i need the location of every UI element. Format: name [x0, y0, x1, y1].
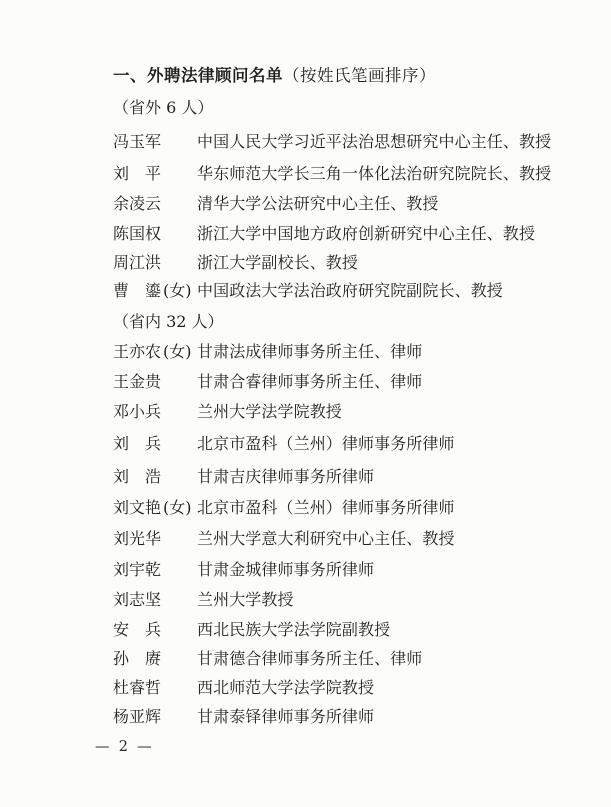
advisor-name: 杨亚辉: [113, 709, 163, 725]
advisor-name: 周江洪: [113, 255, 163, 271]
advisor-name: 余凌云: [113, 196, 163, 212]
advisor-row: 王亦农(女)甘肃法成律师事务所主任、律师: [113, 344, 422, 360]
advisor-desc: 西北民族大学法学院副教授: [197, 620, 390, 639]
advisor-row: 邓小兵兰州大学法学院教授: [113, 404, 342, 420]
advisor-name: 冯玉军: [113, 134, 163, 150]
advisor-row: 刘光华兰州大学意大利研究中心主任、教授: [113, 531, 455, 547]
advisor-row: 刘文艳(女)北京市盈科（兰州）律师事务所律师: [113, 500, 455, 516]
advisor-name: 王金贵: [113, 374, 163, 390]
advisor-name: 刘 平: [113, 166, 163, 182]
advisor-name: 刘 兵: [113, 436, 163, 452]
advisor-desc: 甘肃吉庆律师事务所律师: [197, 467, 374, 486]
advisor-desc: 中国人民大学习近平法治思想研究中心主任、教授: [197, 132, 551, 151]
advisor-row: 刘 兵北京市盈科（兰州）律师事务所律师: [113, 436, 455, 452]
advisor-row: 余凌云清华大学公法研究中心主任、教授: [113, 196, 439, 212]
advisor-row: 安 兵西北民族大学法学院副教授: [113, 622, 390, 638]
advisor-name: 刘志坚: [113, 592, 163, 608]
page-title: 一、外聘法律顾问名单（按姓氏笔画排序）: [113, 68, 436, 85]
advisor-row: 孙 赓甘肃德合律师事务所主任、律师: [113, 651, 422, 667]
advisor-row: 王金贵甘肃合睿律师事务所主任、律师: [113, 374, 422, 390]
advisor-name: 刘 浩: [113, 469, 163, 485]
advisor-desc: 华东师范大学长三角一体化法治研究院院长、教授: [197, 164, 551, 183]
advisor-row: 刘 浩甘肃吉庆律师事务所律师: [113, 469, 374, 485]
advisor-desc: 北京市盈科（兰州）律师事务所律师: [197, 498, 455, 517]
advisor-name: 孙 赓: [113, 651, 163, 667]
page-title-main: 一、外聘法律顾问名单: [113, 66, 283, 85]
advisor-row: 周江洪浙江大学副校长、教授: [113, 255, 358, 271]
document-page: 一、外聘法律顾问名单（按姓氏笔画排序） （省外 6 人） 冯玉军中国人民大学习近…: [0, 0, 611, 807]
advisor-name: 刘宇乾: [113, 562, 163, 578]
advisor-desc: 北京市盈科（兰州）律师事务所律师: [197, 434, 455, 453]
advisor-name: 曹 鎏: [113, 283, 163, 299]
advisor-row: 曹 鎏(女)中国政法大学法治政府研究院副院长、教授: [113, 283, 503, 299]
advisor-row: 杜睿哲西北师范大学法学院教授: [113, 680, 374, 696]
gender-suffix: (女): [163, 344, 197, 360]
advisor-desc: 兰州大学教授: [197, 590, 294, 609]
advisor-desc: 甘肃合睿律师事务所主任、律师: [197, 372, 422, 391]
advisor-row: 刘 平华东师范大学长三角一体化法治研究院院长、教授: [113, 166, 551, 182]
advisor-name: 安 兵: [113, 622, 163, 638]
section-label-in-province: （省内 32 人）: [113, 314, 224, 330]
advisor-row: 刘宇乾甘肃金城律师事务所律师: [113, 562, 374, 578]
advisor-desc: 浙江大学副校长、教授: [197, 253, 358, 272]
advisor-desc: 中国政法大学法治政府研究院副院长、教授: [197, 281, 503, 300]
advisor-desc: 浙江大学中国地方政府创新研究中心主任、教授: [197, 224, 535, 243]
advisor-row: 冯玉军中国人民大学习近平法治思想研究中心主任、教授: [113, 134, 551, 150]
advisor-name: 杜睿哲: [113, 680, 163, 696]
advisor-row: 陈国权浙江大学中国地方政府创新研究中心主任、教授: [113, 226, 535, 242]
page-title-note: （按姓氏笔画排序）: [283, 66, 436, 85]
advisor-desc: 兰州大学意大利研究中心主任、教授: [197, 529, 455, 548]
advisor-desc: 甘肃德合律师事务所主任、律师: [197, 649, 422, 668]
gender-suffix: (女): [163, 500, 197, 516]
advisor-desc: 甘肃法成律师事务所主任、律师: [197, 342, 422, 361]
advisor-row: 刘志坚兰州大学教授: [113, 592, 294, 608]
advisor-desc: 兰州大学法学院教授: [197, 402, 342, 421]
advisor-name: 刘光华: [113, 531, 163, 547]
advisor-name: 王亦农: [113, 344, 163, 360]
section-label-out-of-province: （省外 6 人）: [113, 100, 213, 116]
advisor-desc: 甘肃金城律师事务所律师: [197, 560, 374, 579]
advisor-name: 陈国权: [113, 226, 163, 242]
advisor-desc: 西北师范大学法学院教授: [197, 678, 374, 697]
advisor-row: 杨亚辉甘肃泰铎律师事务所律师: [113, 709, 374, 725]
gender-suffix: (女): [163, 283, 197, 299]
page-number: — 2 —: [95, 740, 152, 755]
advisor-desc: 清华大学公法研究中心主任、教授: [197, 194, 439, 213]
advisor-name: 刘文艳: [113, 500, 163, 516]
advisor-name: 邓小兵: [113, 404, 163, 420]
advisor-desc: 甘肃泰铎律师事务所律师: [197, 707, 374, 726]
